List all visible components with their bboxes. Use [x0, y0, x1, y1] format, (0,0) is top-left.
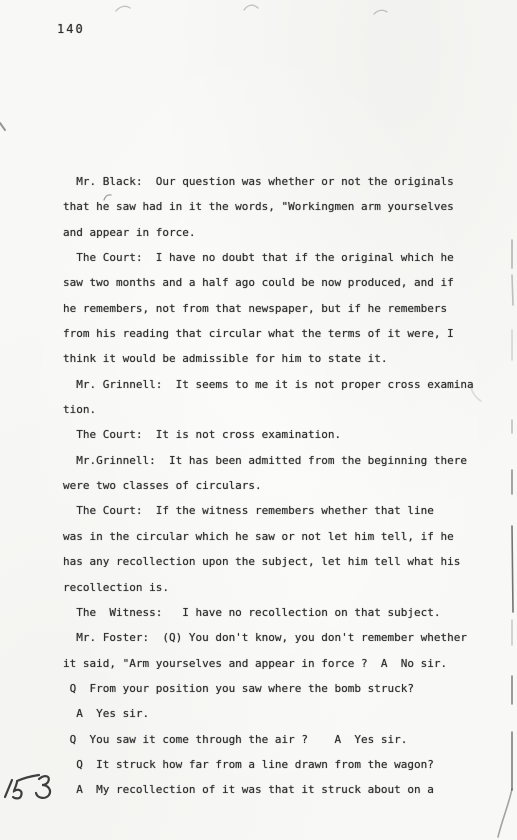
transcript-line: was in the circular which he saw or not …	[63, 524, 474, 549]
transcript-line: The Court: I have no doubt that if the o…	[63, 245, 474, 270]
transcript-line: he remembers, not from that newspaper, b…	[63, 296, 474, 321]
scanned-transcript-page: 140 Mr. Black: Our question was whether …	[0, 0, 517, 840]
transcript-line: were two classes of circulars.	[63, 473, 474, 498]
transcript-line: Mr.Grinnell: It has been admitted from t…	[63, 448, 474, 473]
transcript-line: A Yes sir.	[63, 701, 474, 726]
right-edge-fold-line	[470, 240, 513, 837]
page-number: 140	[57, 22, 85, 36]
transcript-line: think it would be admissible for him to …	[63, 346, 474, 371]
edge-tick-mark	[0, 123, 5, 130]
handwriting-153-icon	[2, 772, 60, 804]
smudge-mark	[244, 5, 258, 10]
transcript-line: it said, "Arm yourselves and appear in f…	[63, 651, 474, 676]
transcript-line: The Court: It is not cross examination.	[63, 422, 474, 447]
transcript-line: has any recollection upon the subject, l…	[63, 549, 474, 574]
transcript-line: and appear in force.	[63, 220, 474, 245]
transcript-line: from his reading that circular what the …	[63, 321, 474, 346]
transcript-text-block: Mr. Black: Our question was whether or n…	[63, 169, 474, 803]
handwritten-note: 153	[2, 772, 60, 804]
transcript-line: Mr. Foster: (Q) You don't know, you don'…	[63, 625, 474, 650]
smudge-mark	[116, 6, 130, 11]
transcript-line: tion.	[63, 397, 474, 422]
transcript-line: The Witness: I have no recollection on t…	[63, 600, 474, 625]
transcript-line: that he saw had in it the words, "Workin…	[63, 194, 474, 219]
transcript-line: A My recollection of it was that it stru…	[63, 777, 474, 802]
transcript-line: saw two months and a half ago could be n…	[63, 270, 474, 295]
transcript-line: Q You saw it come through the air ? A Ye…	[63, 727, 474, 752]
transcript-line: Q From your position you saw where the b…	[63, 676, 474, 701]
transcript-line: The Court: If the witness remembers whet…	[63, 498, 474, 523]
transcript-line: recollection is.	[63, 575, 474, 600]
transcript-line: Mr. Grinnell: It seems to me it is not p…	[63, 372, 474, 397]
transcript-line: Q It struck how far from a line drawn fr…	[63, 752, 474, 777]
transcript-line: Mr. Black: Our question was whether or n…	[63, 169, 474, 194]
smudge-mark	[374, 10, 387, 14]
